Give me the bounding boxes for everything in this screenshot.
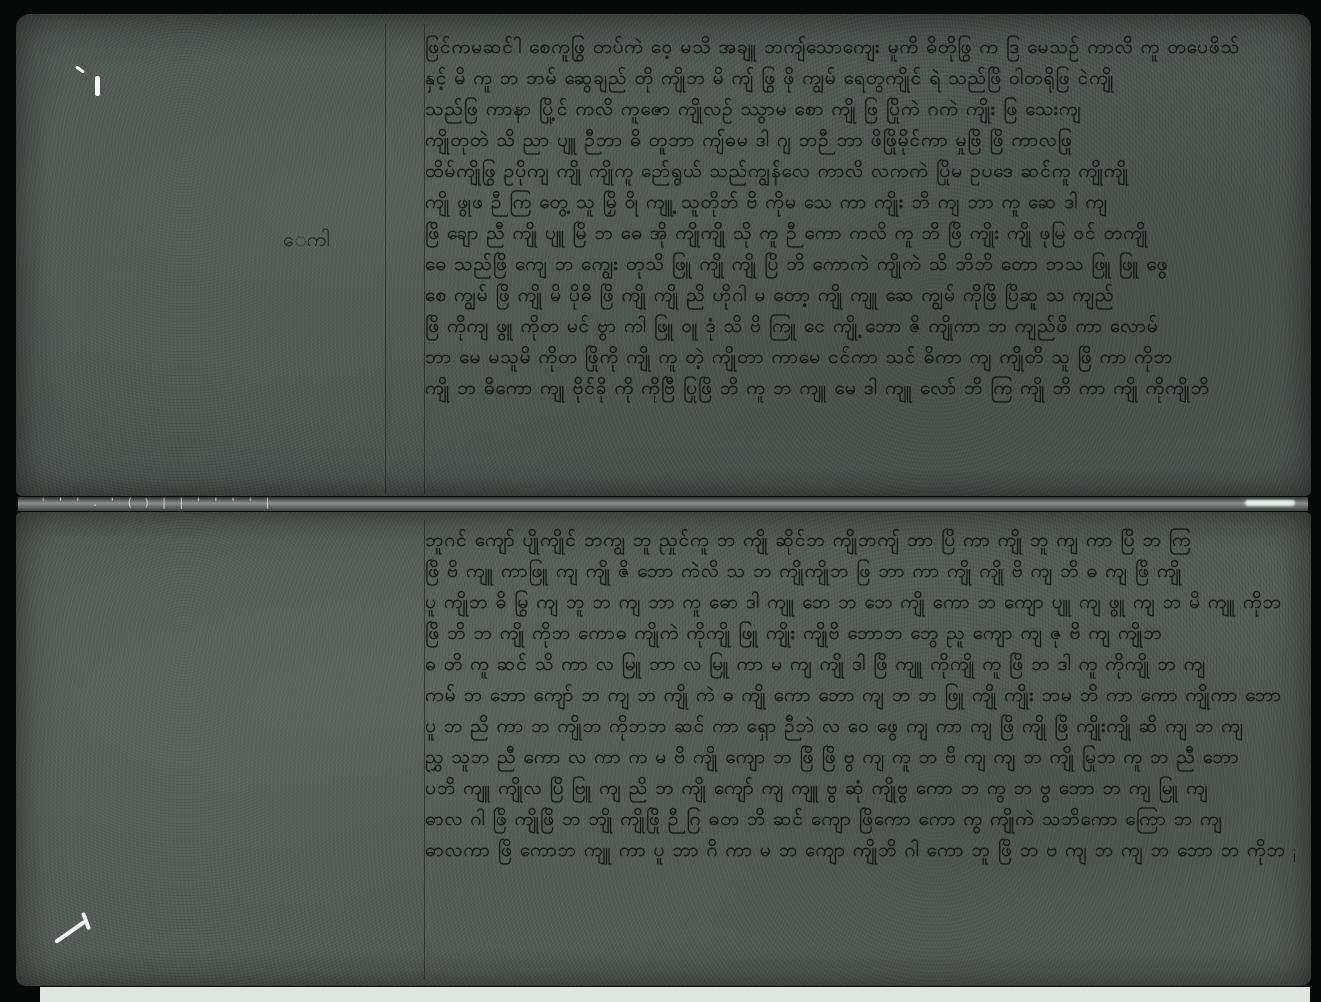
text-line: နှင့် မိ ကူ ဘ ဘမ် ဆွေချည် တို ကျိုဘ မိ က… bbox=[425, 63, 1295, 94]
text-line: ဓ တိ ကူ ဆင် သိ ကာ လ မြူ ဘာ လ မြူ ကာ မ ကျ… bbox=[425, 649, 1295, 680]
stitch-marks: ' ' ' . ' ( ) | | ' ' ' ' | bbox=[40, 496, 273, 509]
folio-margin-note: ေကါ bbox=[283, 226, 330, 256]
text-block-top: ဖြင်ကမဆင်ါ စေကူဖြွ တပ်ကဲ ၀ေ့ မသိ အချူ ဘက… bbox=[425, 32, 1295, 404]
text-line: ဖြိ ကိုကျ ဖွူ ကိုတ မင် ဗွာ ကါ ဖြူ ၀ူ ဒုံ… bbox=[425, 311, 1295, 342]
text-line: ပဘိ ကျူ ကျိုလ ပြိ ဗြူ ကျ ညိ ဘ ကျို ကျော်… bbox=[425, 773, 1295, 804]
text-line: ဓေ သည်ဖြိ ကျေ ဘ ကျွေး တုသိ ဖြူ ကျို ကျို… bbox=[425, 249, 1295, 280]
text-line: ပူ ဘ ညိ ကာ ဘ ကျိုဘ ကိုဘဘ ဆင် ကာ ရှော ဉီဘ… bbox=[425, 711, 1295, 742]
text-line: ဘာ မေ မသူမိ ကိုတ ဖြိုကို ကျို ကူ တဲ့ ကျိ… bbox=[425, 342, 1295, 373]
text-line: ဓာလကာ ဖြိ ကောဘ ကျူ ကာ ပူ ဘာ ဂိ ကာ မ ဘ ကျ… bbox=[425, 835, 1295, 866]
text-line: ပူ ကျိုဘ ဓိ မြွ ကျ ဘူ ဘ ကျ ဘာ ကူ ဓော ဒါ … bbox=[425, 587, 1295, 618]
text-line: ထိမ်ကျိုဖြွ ဥပိုကျ ကျို ကျိုကူ ဉော်ရွယ် … bbox=[425, 156, 1295, 187]
text-line: ကမ် ဘ ဘော ကျော် ဘ ကျ ဘ ကျို ကဲ ဓ ကျို ကေ… bbox=[425, 680, 1295, 711]
text-line: ဖြိ ဘိ ဘ ကျို ကိုဘ ကောဓ ကျိုကဲ ကိုကျို ဖ… bbox=[425, 618, 1295, 649]
page-bottom-edge bbox=[40, 987, 1310, 1002]
text-line: ကျို ဖွုဖ ဉီ ကြ တွေ့ သူ မြှိ ၀ို ကျူ့ သူ… bbox=[425, 187, 1295, 218]
text-line: ဓာလ ဂါ ဖြိ ကျိုဖြိ ဘ ဘျို ကျိုဖြို ဉီ ဂြ… bbox=[425, 804, 1295, 835]
text-line: ဖြင်ကမဆင်ါ စေကူဖြွ တပ်ကဲ ၀ေ့ မသိ အချူ ဘက… bbox=[425, 32, 1295, 63]
text-line: ကျိုတုတဲ သိ ညာ ပျူ ဉီဘာ ဓိ တူဘာ ကျ်ဓမ ဒါ… bbox=[425, 125, 1295, 156]
text-line: ဖြိ ဗိ ကျူ ကာဖြူ ကျ ကျို ဇိ ဘော ကဲလိ သ ဘ… bbox=[425, 556, 1295, 587]
text-line: ဘူဂင် ကျော် ပျိုကျိုင် ဘကျွ ဘူ ညှုင်ကူ ဘ… bbox=[425, 525, 1295, 556]
seam-highlight bbox=[1245, 500, 1295, 506]
text-line: ကျို ဘ ဓိကော ကျု ဗိုင်ခို ကို ကိုဗြီ ပြု… bbox=[425, 373, 1295, 404]
manuscript-photo: ေကါ ဖြင်ကမဆင်ါ စေကူဖြွ တပ်ကဲ ၀ေ့ မသိ အချ… bbox=[0, 0, 1321, 1002]
margin-rule-top-outer bbox=[385, 24, 386, 494]
text-block-bottom: ဘူဂင် ကျော် ပျိုကျိုင် ဘကျွ ဘူ ညှုင်ကူ ဘ… bbox=[425, 525, 1295, 866]
damage-mark-top bbox=[95, 76, 100, 96]
text-line: စေ ကျွမ် ဖြိ ကျို မိ ပိုဓိ ဖြိ ကျို ကျို… bbox=[425, 280, 1295, 311]
text-line: ညွှ သူဘ ညီ ကော လ ကာ က မ ဗိ ကျို ကျော ဘ ဖ… bbox=[425, 742, 1295, 773]
text-line: သည်ဖြ ကာနာ ပြို့င် ကလိ ကူဇော ကျိုလဉ် ဿွာ… bbox=[425, 94, 1295, 125]
text-line: ဖြိ ချော ညီ ကျို ပျူ မြိ ဘ ဓေ အို ကျိုကျ… bbox=[425, 218, 1295, 249]
